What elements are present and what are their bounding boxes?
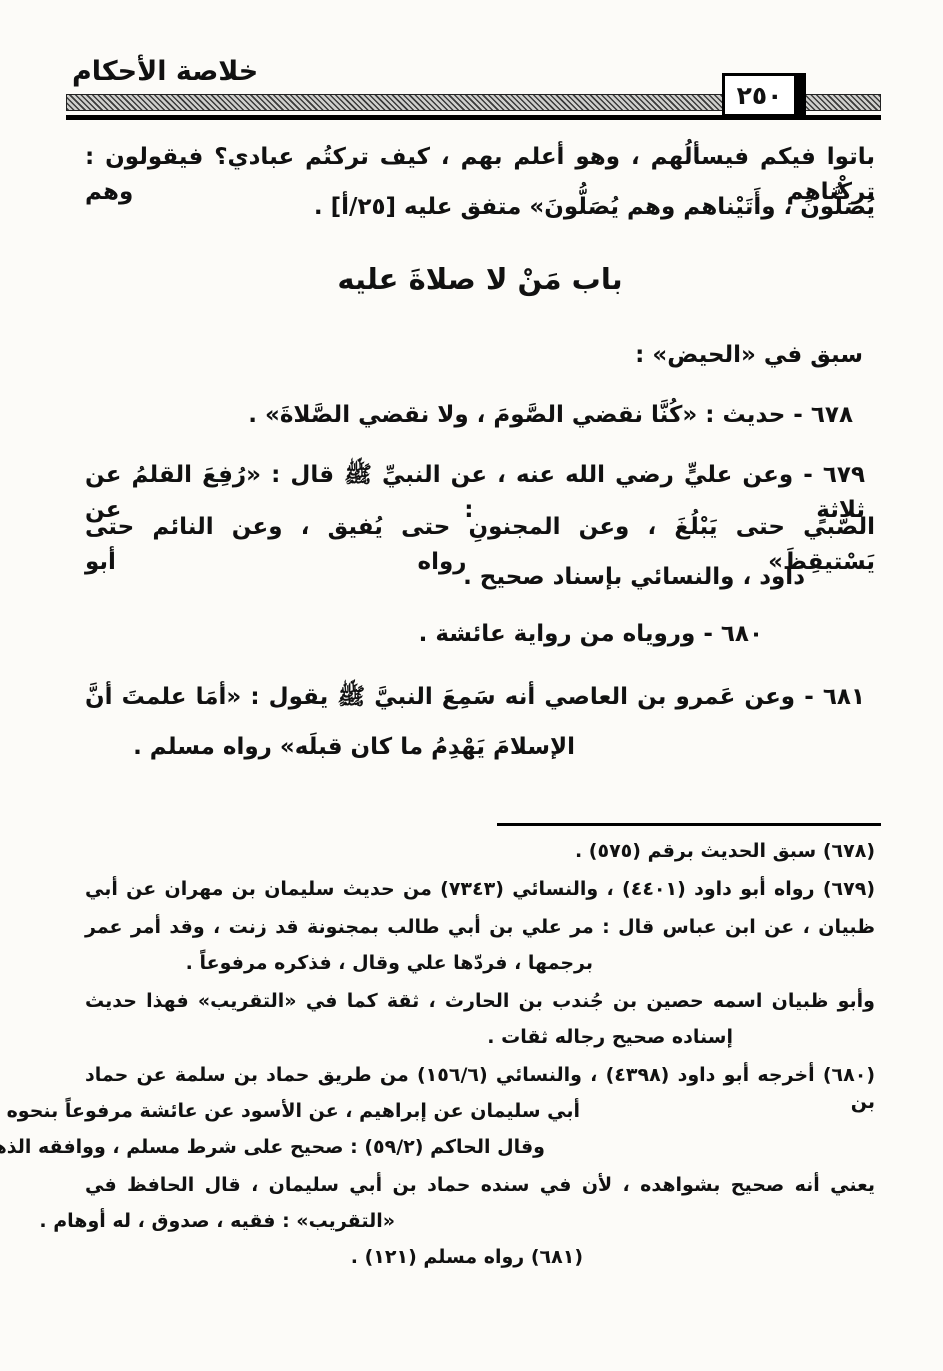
chapter-heading: باب مَنْ لا صلاةَ عليه <box>85 258 875 302</box>
footnote-680-line-3: وقال الحاكم (٥٩/٢) : صحيح على شرط مسلم ،… <box>85 1134 875 1161</box>
book-title: خلاصة الأحكام <box>72 56 258 87</box>
body-line-continuation-2: يُصَلُّونَ ، وأَتَيْناهم وهم يُصَلُّونَ»… <box>85 190 875 225</box>
footnote-separator <box>497 823 881 826</box>
hadith-679-line-3: داود ، والنسائي بإسناد صحيح . <box>85 560 875 595</box>
footnote-680-line-4: يعني أنه صحيح بشواهده ، لأن في سنده حماد… <box>85 1172 875 1199</box>
hadith-678: ٦٧٨ - حديث : «كُنَّا نقضي الصَّومَ ، ولا… <box>85 398 875 433</box>
footnote-679-line-1: (٦٧٩) رواه أبو داود (٤٤٠١) ، والنسائي (٧… <box>85 876 875 903</box>
footnote-678: (٦٧٨) سبق الحديث برقم (٥٧٥) . <box>85 838 875 865</box>
footnote-681: (٦٨١) رواه مسلم (١٢١) . <box>85 1244 875 1271</box>
hadith-681-line-1: ٦٨١ - وعن عَمرو بن العاصي أنه سَمِعَ الن… <box>85 680 875 715</box>
footnote-679-line-4: وأبو ظبيان اسمه حصين بن جُندب بن الحارث … <box>85 988 875 1015</box>
section-note: سبق في «الحيض» : <box>85 338 875 373</box>
footnote-679-line-5: إسناده صحيح رجاله ثقات . <box>85 1024 875 1051</box>
hadith-680: ٦٨٠ - وروياه من رواية عائشة . <box>85 617 875 652</box>
hadith-681-line-2: الإسلامَ يَهْدِمُ ما كان قبلَه» رواه مسل… <box>85 730 875 765</box>
footnote-680-line-2: أبي سليمان عن إبراهيم ، عن الأسود عن عائ… <box>85 1098 875 1125</box>
footnote-680-line-5: «التقريب» : فقيه ، صدوق ، له أوهام . <box>85 1208 875 1235</box>
page-number: ٢٥٠ <box>737 81 783 110</box>
book-page: خلاصة الأحكام ٢٥٠ باتوا فيكم فيسألُهم ، … <box>0 0 943 1371</box>
footnote-679-line-2: ظبيان ، عن ابن عباس قال : مر علي بن أبي … <box>85 914 875 941</box>
page-number-box: ٢٥٠ <box>722 73 806 117</box>
footnote-679-line-3: برجمها ، فردّها علي وقال ، فذكره مرفوعاً… <box>85 950 875 977</box>
